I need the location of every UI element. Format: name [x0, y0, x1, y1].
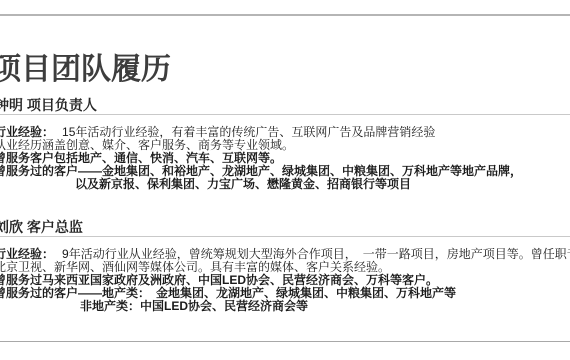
- member-2-experience-text: 9年活动行业从业经验，曾统筹规划大型海外合作项目， 一带一路项目，房地产项目等。…: [62, 247, 570, 261]
- member-1-line-5: 以及新京报、保利集团、力宝广场、懋隆黄金、招商银行等项目: [0, 178, 570, 191]
- industry-experience-label: 行业经验：: [0, 125, 54, 139]
- slide: 项目团队履历 钟明 项目负责人 行业经验：15年活动行业经验，有着丰富的传统广告…: [0, 0, 570, 360]
- page-title: 项目团队履历: [0, 54, 171, 86]
- member-1-experience-text: 15年活动行业经验，有着丰富的传统广告、互联网广告及品牌营销经验: [62, 125, 435, 139]
- industry-experience-label: 行业经验：: [0, 247, 54, 261]
- member-1-heading: 钟明 项目负责人: [0, 98, 97, 113]
- bottom-divider: [0, 341, 570, 342]
- member-2-bio: 行业经验：9年活动行业从业经验，曾统筹规划大型海外合作项目， 一带一路项目，房地…: [0, 248, 570, 313]
- member-2-divider: [0, 236, 570, 237]
- top-divider: [0, 14, 570, 16]
- member-1-bio: 行业经验：15年活动行业经验，有着丰富的传统广告、互联网广告及品牌营销经验 从业…: [0, 126, 570, 191]
- member-1-divider: [0, 114, 570, 115]
- member-2-heading: 刘欣 客户总监: [0, 220, 83, 235]
- member-2-line-5: 非地产类：中国LED协会、民营经济商会等: [0, 300, 570, 313]
